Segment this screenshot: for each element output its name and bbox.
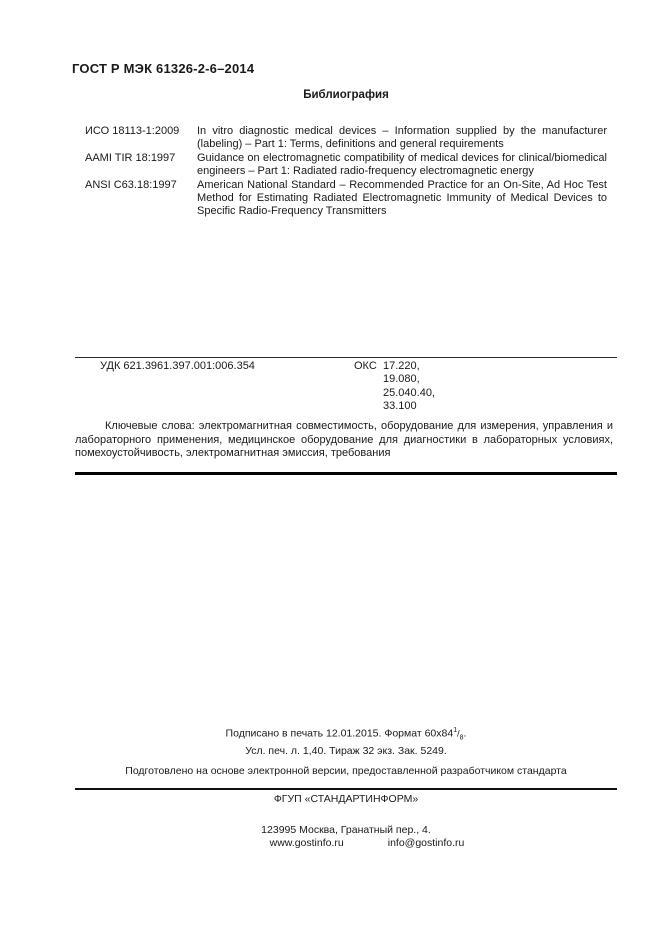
keywords-paragraph: Ключевые слова: электромагнитная совмест… [75, 420, 613, 461]
imprint-print-period: . [464, 728, 467, 740]
oks-code-line: 17.220, [383, 360, 435, 373]
document-page: ГОСТ Р МЭК 61326-2-6–2014 Библиография И… [0, 0, 661, 936]
bibliography-entry: ANSI C63.18:1997 American National Stand… [85, 179, 607, 219]
bibliography-entry-text: In vitro diagnostic medical devices – In… [197, 125, 607, 152]
divider-above-publisher [75, 788, 617, 790]
oks-code-line: 25.040.40, [383, 387, 435, 400]
publisher-address: 123995 Москва, Гранатный пер., 4. [75, 824, 617, 837]
bibliography-entry-label: ИСО 18113-1:2009 [85, 125, 197, 152]
divider-above-classification [75, 357, 617, 358]
publisher-contacts: www.gostinfo.ru info@gostinfo.ru [96, 837, 638, 850]
oks-codes-list: 17.220, 19.080, 25.040.40, 33.100 [383, 360, 435, 414]
divider-below-keywords [75, 472, 617, 475]
bibliography-list: ИСО 18113-1:2009 In vitro diagnostic med… [85, 125, 607, 219]
oks-code-line: 19.080, [383, 373, 435, 386]
bibliography-entry-text: American National Standard – Recommended… [197, 179, 607, 219]
bibliography-entry-text: Guidance on electromagnetic compatibilit… [197, 152, 607, 179]
doc-number: ГОСТ Р МЭК 61326-2-6–2014 [72, 61, 254, 76]
publisher-website: www.gostinfo.ru [270, 837, 344, 850]
oks-code-line: 33.100 [383, 400, 435, 413]
bibliography-entry: ИСО 18113-1:2009 In vitro diagnostic med… [85, 125, 607, 152]
bibliography-entry: AAMI TIR 18:1997 Guidance on electromagn… [85, 152, 607, 179]
udk-code: УДК 621.3961.397.001:006.354 [100, 360, 255, 373]
section-title-bibliography: Библиография [75, 89, 617, 101]
publisher-name: ФГУП «СТАНДАРТИНФОРМ» [75, 793, 617, 806]
bibliography-entry-label: ANSI C63.18:1997 [85, 179, 197, 219]
imprint-print-line: Подписано в печать 12.01.2015. Формат 60… [75, 724, 617, 745]
bibliography-entry-label: AAMI TIR 18:1997 [85, 152, 197, 179]
publisher-email: info@gostinfo.ru [388, 837, 465, 850]
imprint-run-line: Усл. печ. л. 1,40. Тираж 32 экз. Зак. 52… [75, 745, 617, 758]
imprint-prepared-line: Подготовлено на основе электронной верси… [75, 765, 617, 778]
oks-label: ОКС [354, 360, 377, 373]
imprint-print-prefix: Подписано в печать 12.01.2015. Формат 60… [226, 728, 454, 740]
